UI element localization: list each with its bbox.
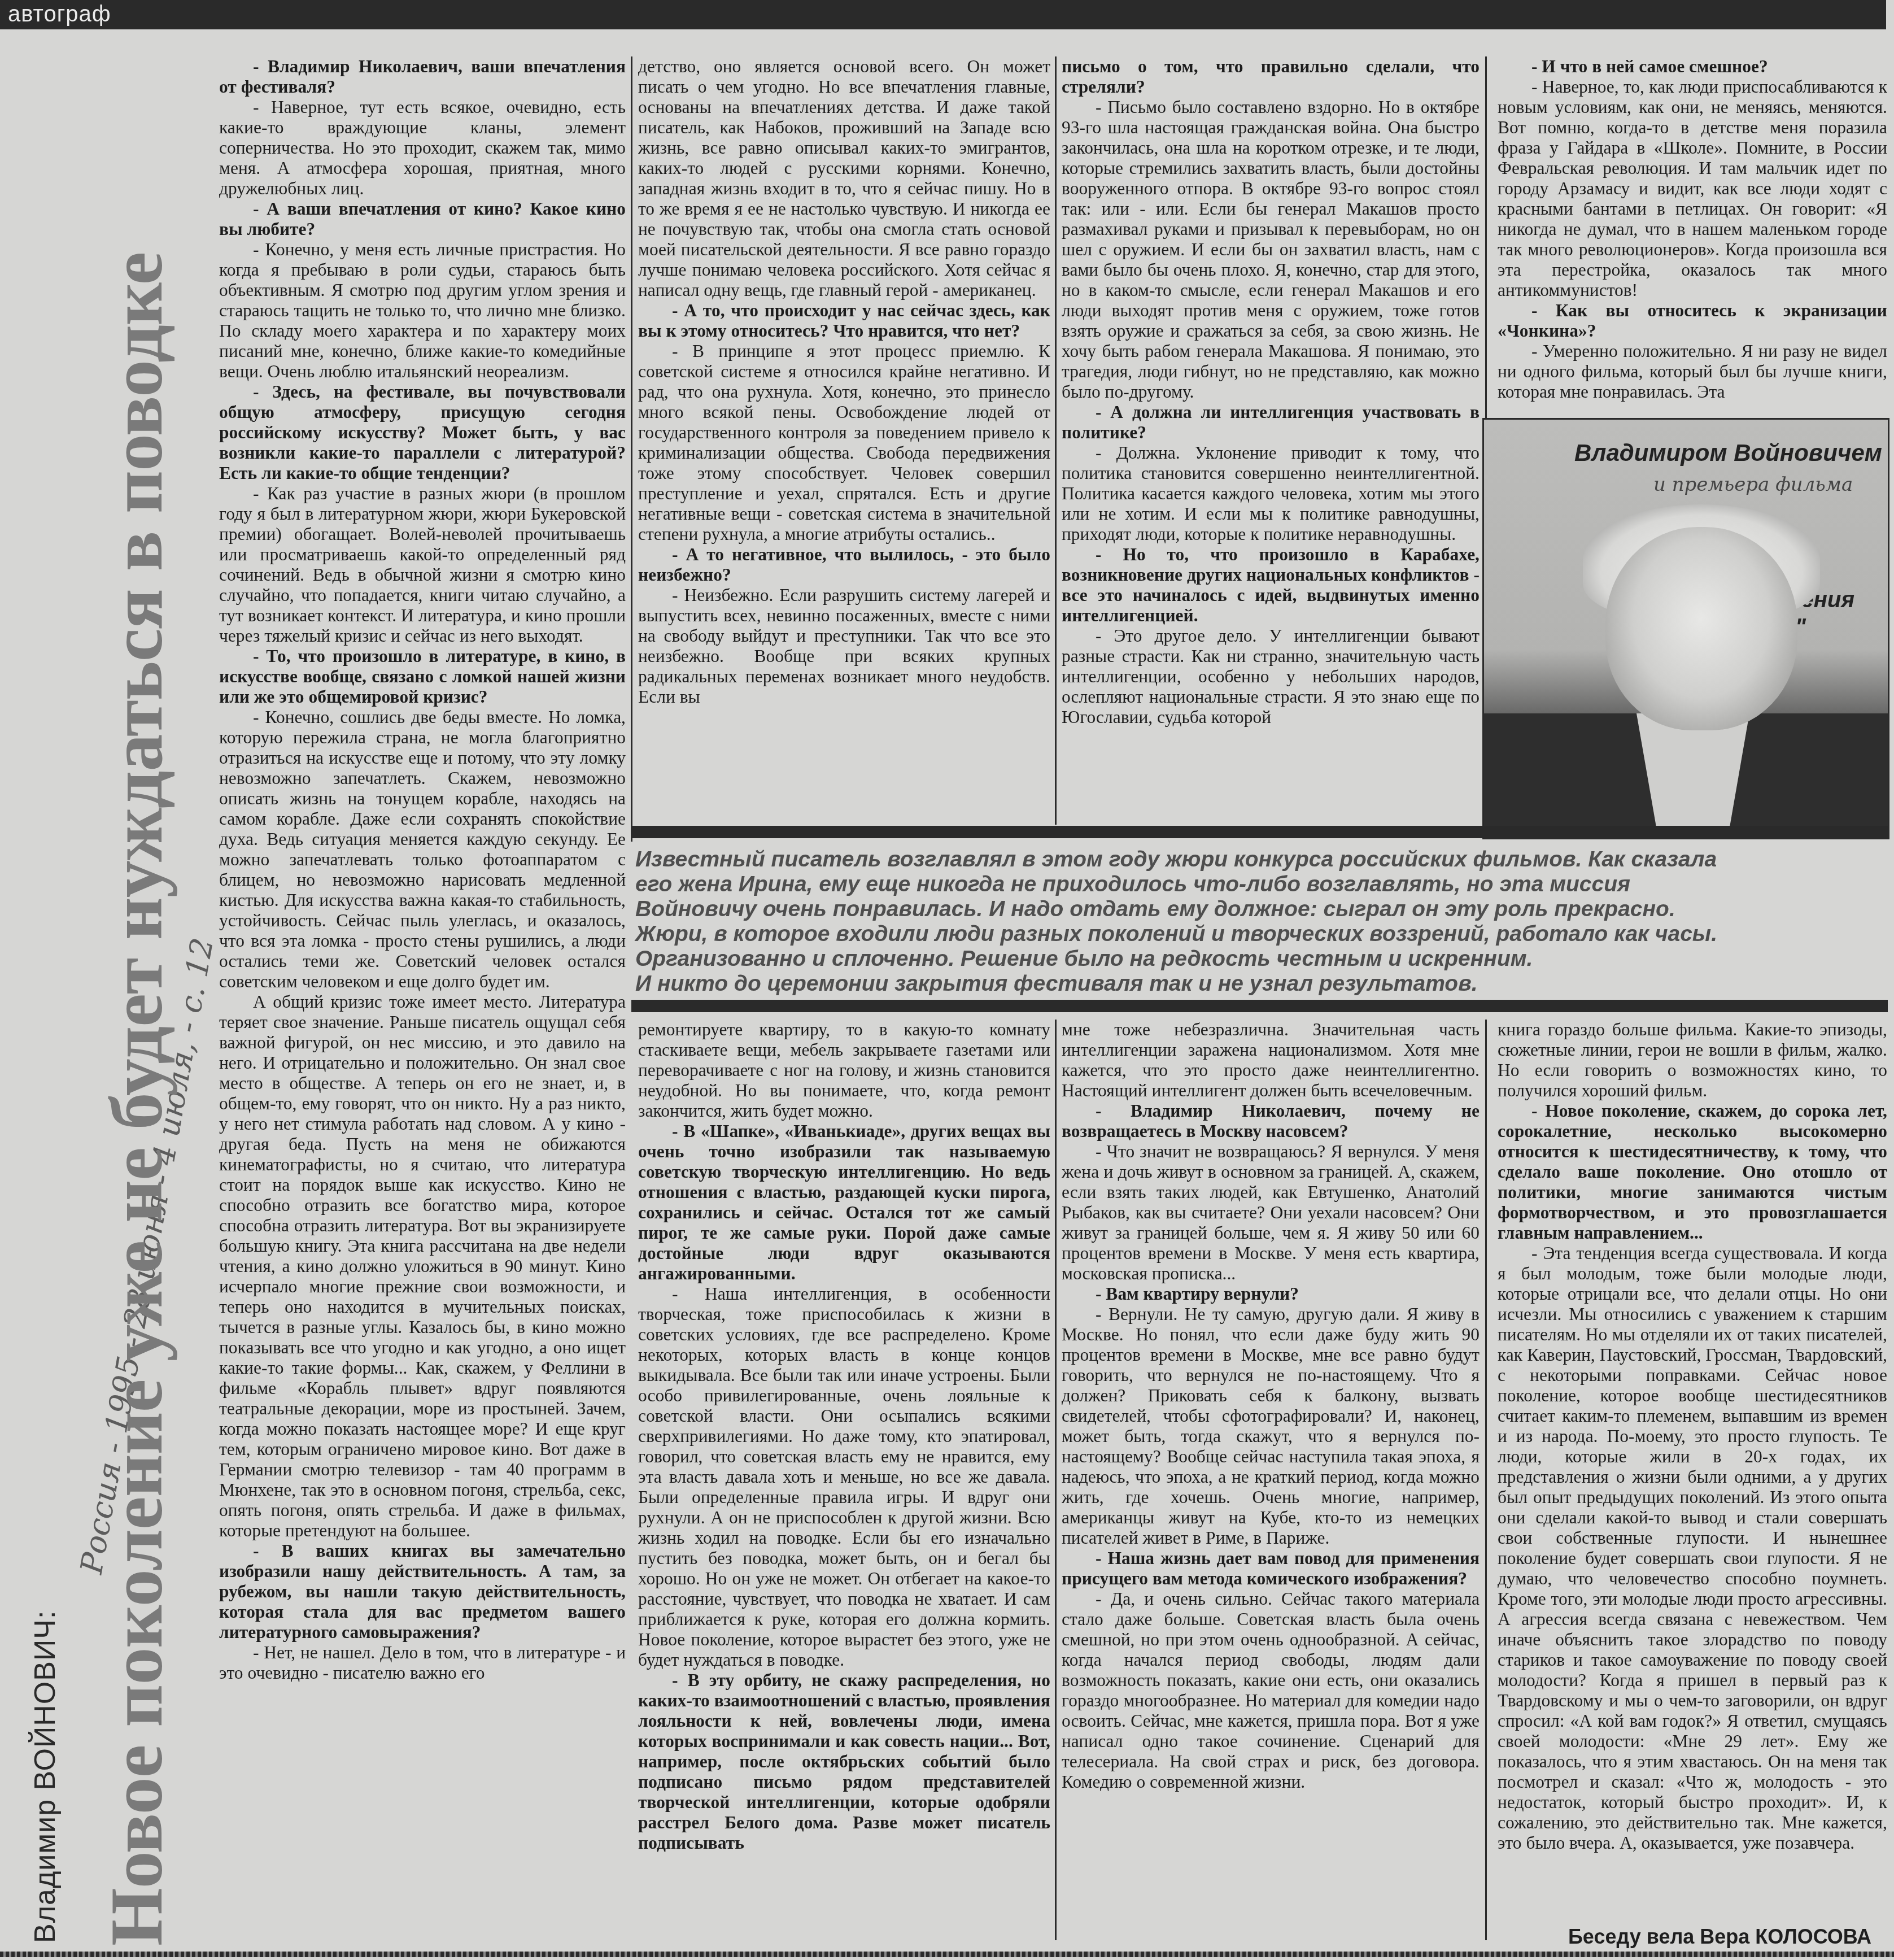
interview-answer: - Конечно, сошлись две беды вместе. Но л…: [219, 707, 626, 992]
interview-question: - Новое поколение, скажем, до сорока лет…: [1498, 1101, 1887, 1243]
interview-question: - В ваших книгах вы замечательно изобраз…: [219, 1541, 626, 1643]
column-divider: [1055, 1020, 1057, 1940]
interview-answer: - Что значит не возвращаюсь? Я вернулся.…: [1062, 1142, 1480, 1284]
interview-answer: детство, оно является основой всего. Он …: [638, 56, 1050, 300]
column-divider: [1055, 56, 1057, 825]
interview-question: - А то, что происходит у нас сейчас здес…: [638, 300, 1050, 341]
photo-caption: Известный писатель возглавлял в этом год…: [635, 847, 1878, 996]
photo-poster-text: Владимиром Войновичем: [1574, 439, 1882, 467]
caption-bottom-rule: [631, 1000, 1888, 1012]
interview-question: - В эту орбиту, не скажу распределения, …: [638, 1670, 1050, 1853]
author-photo: Владимиром Войновичем и премьера фильма …: [1482, 418, 1889, 839]
article-column-1: - Владимир Николаевич, ваши впечатления …: [219, 56, 626, 1937]
interview-answer: - Эта тенденция всегда существовала. И к…: [1498, 1243, 1887, 1853]
interview-answer: книга гораздо больше фильма. Какие-то эп…: [1498, 1020, 1887, 1101]
interview-answer: - Конечно, у меня есть личные пристрасти…: [219, 239, 626, 382]
interview-question: письмо о том, что правильно сделали, что…: [1062, 56, 1480, 97]
interview-answer: - Нет, не нашел. Дело в том, что в литер…: [219, 1643, 626, 1683]
interviewer-byline: Беседу вела Вера КОЛОСОВА: [1568, 1925, 1871, 1949]
interview-question: - Как вы относитесь к экранизации «Чонки…: [1498, 300, 1887, 341]
column-divider: [631, 56, 632, 842]
author-last-name: ВОЙНОВИЧ:: [29, 1610, 62, 1791]
interview-answer: - Это другое дело. У интеллигенции бываю…: [1062, 626, 1480, 728]
article-column-2-top: детство, оно является основой всего. Он …: [638, 56, 1050, 825]
article-column-2-bottom: ремонтируете квартиру, то в какую-то ком…: [638, 1020, 1050, 1940]
interview-answer: - Наверное, то, как люди приспосабливают…: [1498, 77, 1887, 300]
column-divider: [1485, 1020, 1487, 1940]
author-name: Владимир ВОЙНОВИЧ:: [28, 1610, 62, 1943]
article-column-3-bottom: мне тоже небезразлична. Значительная час…: [1062, 1020, 1480, 1940]
interview-answer: - Как раз участие в разных жюри (в прошл…: [219, 484, 626, 646]
interview-answer: - Наша интеллигенция, в особенности твор…: [638, 1284, 1050, 1670]
interview-question: - В «Шапке», «Иванькиаде», других вещах …: [638, 1121, 1050, 1284]
photo-poster-text: и премьера фильма: [1653, 473, 1853, 496]
article-column-4-bottom: книга гораздо больше фильма. Какие-то эп…: [1498, 1020, 1887, 1901]
interview-question: - Владимир Николаевич, почему не возвращ…: [1062, 1101, 1480, 1142]
caption-top-rule: [631, 826, 1888, 838]
interview-question: - А то негативное, что вылилось, - это б…: [638, 545, 1050, 585]
interview-answer: - Наверное, тут есть всякое, очевидно, е…: [219, 97, 626, 199]
article-column-3-top: письмо о том, что правильно сделали, что…: [1062, 56, 1480, 825]
section-label: автограф: [8, 0, 111, 29]
interview-answer: - Вернули. Не ту самую, другую дали. Я ж…: [1062, 1304, 1480, 1548]
page-bottom-rule: [0, 1952, 1894, 1957]
article-column-4-top: - И что в ней самое смешное?- Наверное, …: [1498, 56, 1887, 418]
interview-question: - Но то, что произошло в Карабахе, возни…: [1062, 545, 1480, 626]
interview-question: - Здесь, на фестивале, вы почувствовали …: [219, 382, 626, 484]
interview-answer: - Неизбежно. Если разрушить систему лаге…: [638, 585, 1050, 707]
interview-question: - Наша жизнь дает вам повод для применен…: [1062, 1548, 1480, 1589]
section-header-bar: автограф: [0, 0, 1886, 29]
interview-answer: ремонтируете квартиру, то в какую-то ком…: [638, 1020, 1050, 1121]
photo-face: [1605, 527, 1797, 730]
interview-question: - То, что произошло в литературе, в кино…: [219, 646, 626, 707]
column-divider: [1485, 56, 1487, 418]
interview-answer: - В принципе я этот процесс приемлю. К с…: [638, 341, 1050, 545]
interview-question: - А ваши впечатления от кино? Какое кино…: [219, 199, 626, 239]
interview-answer: - Должна. Уклонение приводит к тому, что…: [1062, 443, 1480, 545]
interview-answer: - Да, и очень сильно. Сейчас такого мате…: [1062, 1589, 1480, 1792]
headline: Новое поколение уже не будет нуждаться в…: [93, 252, 180, 1946]
author-first-name: Владимир: [29, 1799, 62, 1943]
interview-answer: мне тоже небезразлична. Значительная час…: [1062, 1020, 1480, 1101]
interview-question: - Вам квартиру вернули?: [1062, 1284, 1480, 1304]
interview-question: - А должна ли интеллигенция участвовать …: [1062, 402, 1480, 443]
interview-answer: - Умеренно положительно. Я ни разу не ви…: [1498, 341, 1887, 402]
interview-answer: А общий кризис тоже имеет место. Литерат…: [219, 992, 626, 1541]
interview-question: - И что в ней самое смешное?: [1498, 56, 1887, 77]
interview-answer: - Письмо было составлено вздорно. Но в о…: [1062, 97, 1480, 402]
interview-question: - Владимир Николаевич, ваши впечатления …: [219, 56, 626, 97]
